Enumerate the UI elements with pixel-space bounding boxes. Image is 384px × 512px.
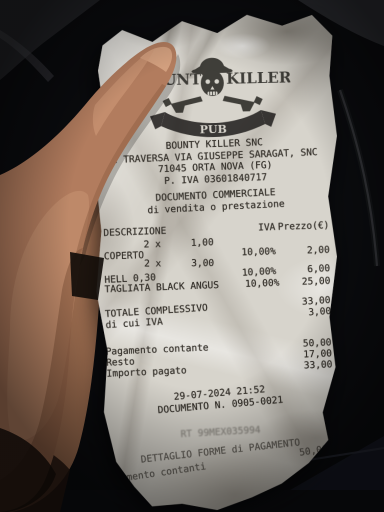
- thumb-holding-receipt: [0, 0, 384, 512]
- photo-scene: BOUNTY KILLER: [0, 0, 384, 512]
